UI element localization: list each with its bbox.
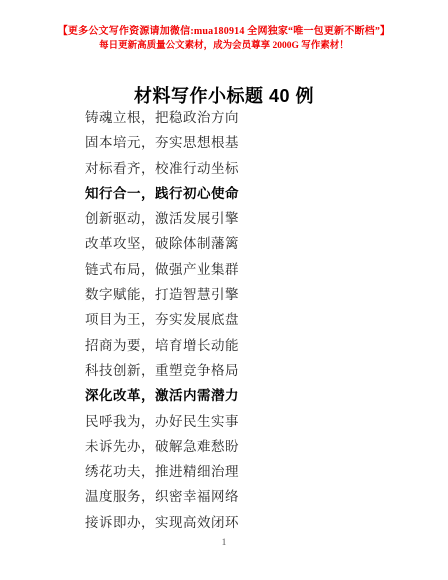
subtitle-line: 招商为要，培育增长动能 (85, 333, 408, 358)
subtitle-line: 固本培元，夯实思想根基 (85, 130, 408, 155)
subtitle-line: 深化改革，激活内需潜力 (85, 383, 408, 408)
page-number: 1 (0, 538, 448, 548)
subtitle-line: 温度服务，织密幸福网络 (85, 484, 408, 509)
subtitle-line: 绣花功夫，推进精细治理 (85, 459, 408, 484)
subtitle-line: 接诉即办，实现高效闭环 (85, 510, 408, 535)
promo-header-line2: 每日更新高质量公文素材，成为会员尊享 2000G 写作素材！ (0, 39, 448, 53)
subtitle-line: 数字赋能，打造智慧引擎 (85, 282, 408, 307)
document-page: 【更多公文写作资源请加微信:mua180914 全网独家“唯一包更新不断档”】 … (0, 0, 448, 580)
subtitle-line: 民呼我为，办好民生实事 (85, 409, 408, 434)
subtitle-line: 未诉先办，破解急难愁盼 (85, 434, 408, 459)
subtitle-line: 知行合一，践行初心使命 (85, 181, 408, 206)
subtitle-line: 对标看齐，校准行动坐标 (85, 156, 408, 181)
subtitle-line: 创新驱动，激活发展引擎 (85, 206, 408, 231)
subtitle-line: 项目为王，夯实发展底盘 (85, 307, 408, 332)
subtitle-line: 铸魂立根，把稳政治方向 (85, 105, 408, 130)
promo-header: 【更多公文写作资源请加微信:mua180914 全网独家“唯一包更新不断档”】 … (0, 25, 448, 53)
subtitle-line: 链式布局，做强产业集群 (85, 257, 408, 282)
subtitle-line: 科技创新，重塑竞争格局 (85, 358, 408, 383)
subtitle-line: 改革攻坚，破除体制藩篱 (85, 231, 408, 256)
promo-header-line1: 【更多公文写作资源请加微信:mua180914 全网独家“唯一包更新不断档”】 (0, 25, 448, 39)
subtitle-list: 铸魂立根，把稳政治方向 固本培元，夯实思想根基 对标看齐，校准行动坐标 知行合一… (85, 105, 408, 535)
